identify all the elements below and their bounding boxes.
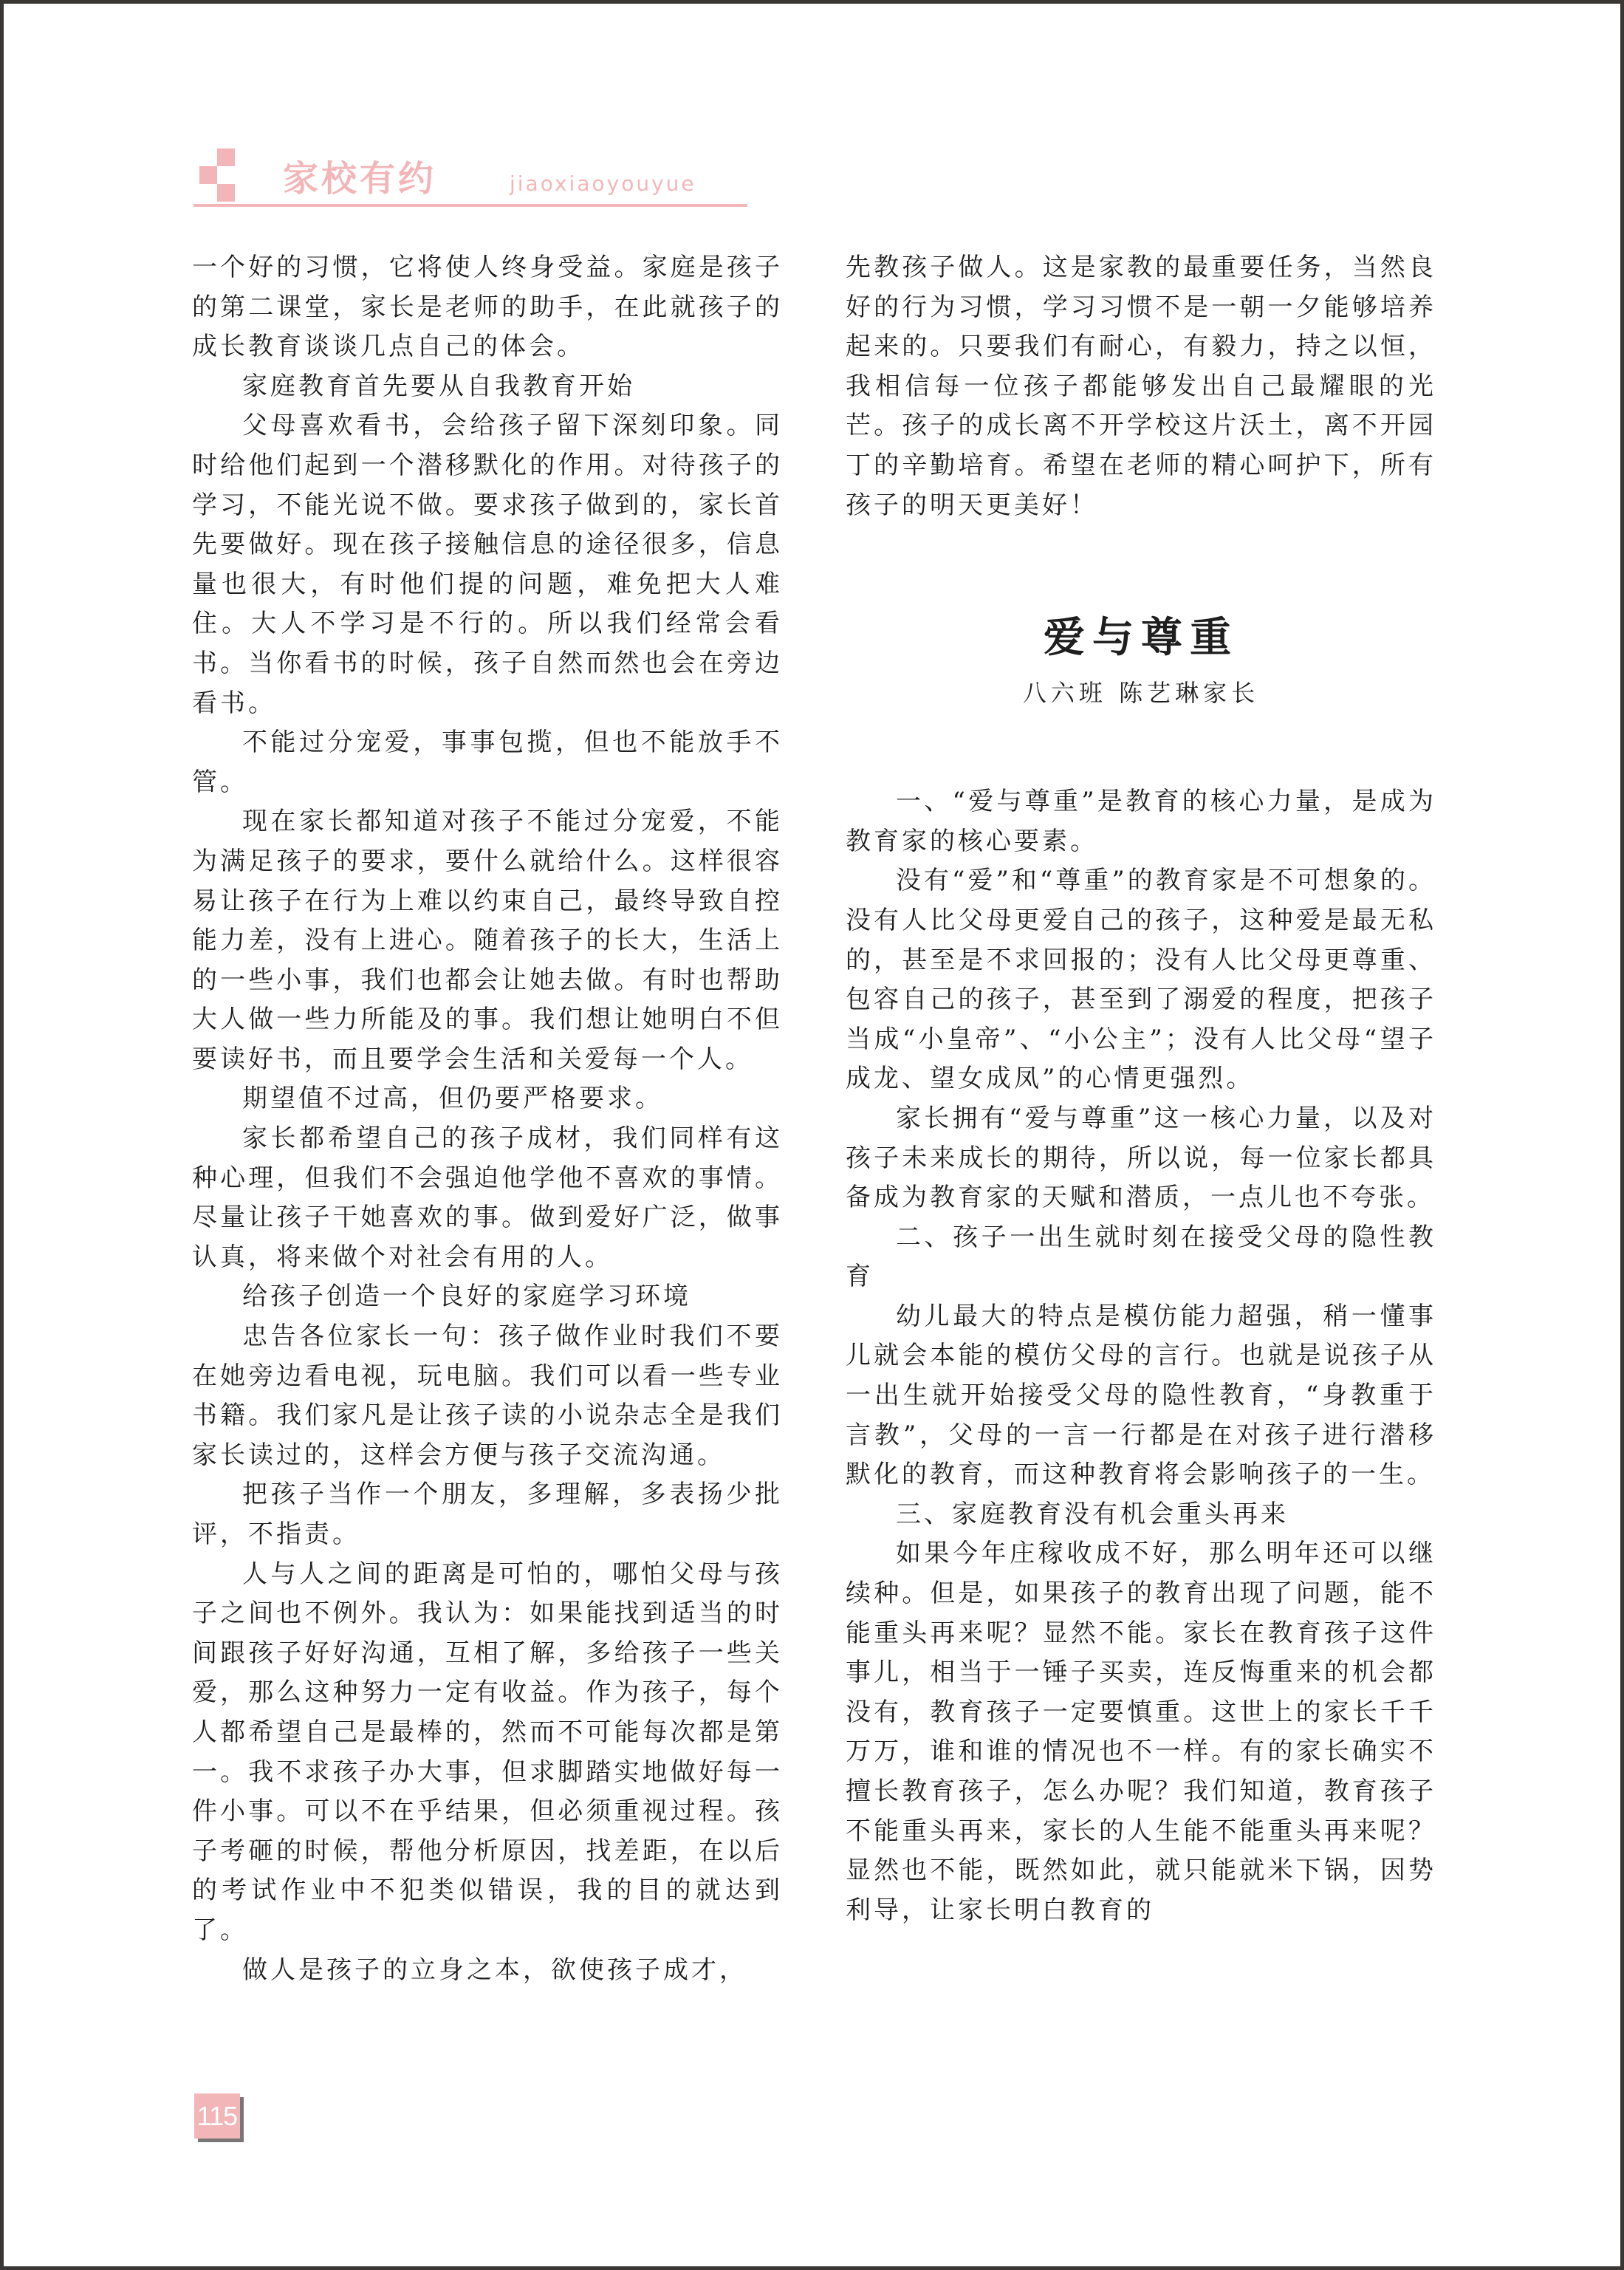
header-rule bbox=[193, 204, 747, 207]
subheading: 把孩子当作一个朋友，多理解，多表扬少批评，不指责。 bbox=[192, 1475, 783, 1554]
paragraph: 家长都希望自己的孩子成材，我们同样有这种心理，但我们不会强迫他学他不喜欢的事情。… bbox=[192, 1119, 783, 1277]
article-byline: 八六班 陈艺琳家长 bbox=[846, 674, 1436, 711]
subheading: 不能过分宠爱，事事包揽，但也不能放手不管。 bbox=[192, 723, 783, 802]
paragraph: 如果今年庄稼收成不好，那么明年还可以继续种。但是，如果孩子的教育出现了问题，能不… bbox=[846, 1534, 1436, 1930]
logo-block-icon bbox=[217, 148, 235, 166]
article-title: 爱与尊重 bbox=[846, 608, 1436, 667]
subheading: 期望值不过高，但仍要严格要求。 bbox=[192, 1079, 783, 1119]
paragraph: 人与人之间的距离是可怕的，哪怕父母与孩子之间也不例外。我认为：如果能找到适当的时… bbox=[192, 1555, 783, 1951]
paragraph: 做人是孩子的立身之本，欲使孩子成才， bbox=[192, 1951, 783, 1991]
section-heading: 三、家庭教育没有机会重头再来 bbox=[846, 1495, 1436, 1535]
left-column: 一个好的习惯，它将使人终身受益。家庭是孩子的第二课堂，家长是老师的助手，在此就孩… bbox=[192, 248, 783, 1990]
paragraph: 忠告各位家长一句：孩子做作业时我们不要在她旁边看电视，玩电脑。我们可以看一些专业… bbox=[192, 1317, 783, 1475]
right-column: 先教孩子做人。这是家教的最重要任务，当然良好的行为习惯，学习习惯不是一朝一夕能够… bbox=[846, 248, 1436, 1930]
logo-block-icon bbox=[199, 166, 217, 184]
paragraph: 先教孩子做人。这是家教的最重要任务，当然良好的行为习惯，学习习惯不是一朝一夕能够… bbox=[846, 248, 1436, 525]
section-title: 家校有约 bbox=[283, 158, 436, 199]
paragraph: 现在家长都知道对孩子不能过分宠爱，不能为满足孩子的要求，要什么就给什么。这样很容… bbox=[192, 802, 783, 1079]
section-pinyin: jiaoxiaoyouyue bbox=[510, 171, 696, 196]
paragraph: 家长拥有“爱与尊重”这一核心力量，以及对孩子未来成长的期待，所以说，每一位家长都… bbox=[846, 1099, 1436, 1218]
subheading: 给孩子创造一个良好的家庭学习环境 bbox=[192, 1277, 783, 1317]
paragraph: 一个好的习惯，它将使人终身受益。家庭是孩子的第二课堂，家长是老师的助手，在此就孩… bbox=[192, 248, 783, 367]
subheading: 家庭教育首先要从自我教育开始 bbox=[192, 367, 783, 407]
page-number: 115 bbox=[194, 2093, 240, 2139]
paragraph: 父母喜欢看书，会给孩子留下深刻印象。同时给他们起到一个潜移默化的作用。对待孩子的… bbox=[192, 406, 783, 723]
logo-block-icon bbox=[217, 184, 235, 202]
section-heading: 二、孩子一出生就时刻在接受父母的隐性教育 bbox=[846, 1218, 1436, 1297]
paragraph: 幼儿最大的特点是模仿能力超强，稍一懂事儿就会本能的模仿父母的言行。也就是说孩子从… bbox=[846, 1297, 1436, 1495]
paragraph: 没有“爱”和“尊重”的教育家是不可想象的。没有人比父母更爱自己的孩子，这种爱是最… bbox=[846, 861, 1436, 1099]
section-heading: 一、“爱与尊重”是教育的核心力量，是成为教育家的核心要素。 bbox=[846, 782, 1436, 861]
